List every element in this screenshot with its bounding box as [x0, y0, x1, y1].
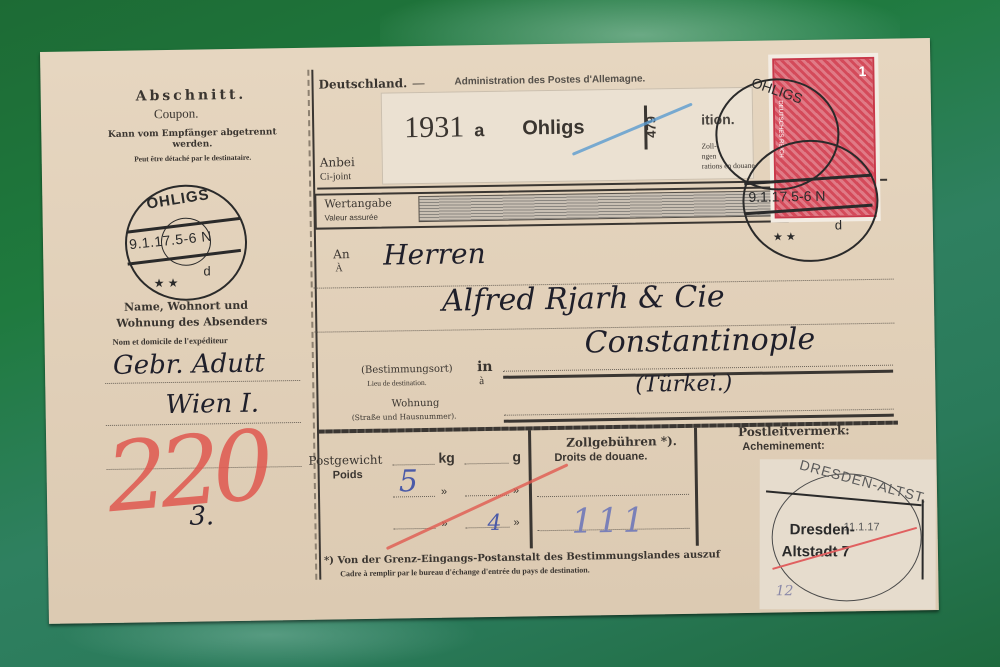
- sender-name-handwritten: Gebr. Adutt: [113, 349, 265, 381]
- lower-postmark-date: 9.1.17.5-6 N: [748, 188, 825, 205]
- address-label-de: Wohnung: [391, 398, 439, 410]
- routing-label-line-2: Altstadt 7: [782, 543, 850, 560]
- weight-customs-divider: [528, 430, 533, 548]
- customs-partial-2: ngen: [702, 151, 717, 160]
- weight-label-de: Postgewicht: [308, 453, 382, 468]
- weight-second-value: 4: [487, 511, 501, 536]
- routing-label-line-1: Dresden-: [790, 521, 855, 538]
- parcel-suffix: a: [474, 120, 484, 141]
- enclosed-label-de: Anbei: [320, 155, 355, 170]
- customs-label-fr: Droits de douane.: [554, 451, 647, 464]
- sender-label-fr: Nom et domicile de l'expéditeur: [112, 335, 227, 347]
- ditto-mark: »: [513, 517, 519, 529]
- red-crayon-number: 220: [102, 409, 270, 534]
- sender-line-1: [105, 380, 300, 384]
- coupon-postmark: OHLIGS 9.1.17.5-6 N d ★ ★: [40, 38, 930, 52]
- customs-routing-divider: [694, 428, 699, 546]
- weight-kg-value: 5: [399, 464, 419, 499]
- destination-city: Constantinople: [584, 322, 815, 361]
- enclosed-label-fr: Ci-joint: [320, 171, 351, 182]
- sender-label-de-1: Name, Wohnort und: [124, 299, 248, 314]
- parcel-office: Ohligs: [522, 116, 585, 140]
- admin-label-fr: Administration des Postes d'Allemagne.: [454, 73, 645, 87]
- handwritten-small-number: 3.: [189, 501, 214, 531]
- routing-label-fr: Acheminement:: [742, 440, 825, 453]
- customs-label-de: Zollgebühren *).: [566, 434, 677, 450]
- coupon-title: Abschnitt.: [136, 87, 247, 105]
- coupon-subtitle: Coupon.: [154, 106, 199, 123]
- routing-pencil-note: 12: [776, 583, 794, 599]
- footnote-de: *) Von der Grenz-Eingangs-Postanstalt de…: [324, 549, 720, 566]
- coupon-note-de: Kann vom Empfänger abgetrennt werden.: [87, 127, 297, 152]
- address-label-fr: (Straße und Hausnummer).: [352, 412, 457, 423]
- ditto-mark: »: [441, 486, 447, 498]
- destination-prefix-de: in: [477, 359, 493, 375]
- g-unit: g: [512, 448, 521, 464]
- destination-label-de: (Bestimmungsort): [361, 364, 453, 376]
- parcel-number: 1931: [404, 110, 465, 145]
- header-separator: —: [412, 76, 424, 90]
- blue-crayon-mark: [572, 103, 693, 156]
- weight-label-fr: Poids: [333, 469, 363, 481]
- destination-label-fr: Lieu de destination.: [367, 378, 426, 388]
- coupon-postmark-suffix: d: [203, 263, 210, 278]
- lower-postmark-suffix: d: [835, 217, 842, 232]
- recipient-label-fr: À: [335, 263, 342, 274]
- destination-prefix-fr: à: [479, 375, 484, 387]
- sender-label-de-2: Wohnung des Absenders: [116, 314, 267, 329]
- country-label: Deutschland.: [318, 76, 407, 91]
- kg-unit: kg: [438, 450, 455, 466]
- footnote-fr: Cadre à remplir par le bureau d'échange …: [340, 565, 590, 578]
- declared-value-label-fr: Valeur assurée: [325, 213, 378, 223]
- g-dotline: [465, 463, 509, 465]
- coupon-note-fr: Peut être détaché par le destinataire.: [88, 152, 298, 164]
- routing-label-de: Postleitvermerk:: [738, 423, 850, 439]
- recipient-label-de: An: [333, 247, 350, 261]
- stamp-value: 1: [858, 63, 866, 79]
- destination-country: (Türkei.): [635, 371, 732, 398]
- star-icon: ★ ★: [773, 230, 796, 243]
- parcel-card: Abschnitt. Coupon. Kann vom Empfänger ab…: [40, 38, 939, 624]
- routing-label-sticker: DRESDEN-ALTST. 11.1.17 Dresden- Altstadt…: [760, 459, 936, 609]
- customs-partial-1: Zoll-: [701, 141, 716, 150]
- stamp-postmark-upper: OHLIGS: [40, 38, 930, 52]
- customs-handwritten: 111: [571, 501, 649, 542]
- recipient-line-1: Herren: [383, 237, 486, 272]
- star-icon: ★ ★: [154, 276, 179, 290]
- customs-dotline-1: [537, 494, 689, 497]
- recipient-line-2: Alfred Rjarh & Cie: [442, 279, 725, 318]
- stamp-postmark-lower: 9.1.17.5-6 N d ★ ★: [40, 38, 930, 52]
- parcel-number-label: 1931 a Ohligs 479: [381, 87, 754, 185]
- routing-frame-right: [922, 500, 924, 580]
- declared-value-label-de: Wertangabe: [324, 196, 392, 210]
